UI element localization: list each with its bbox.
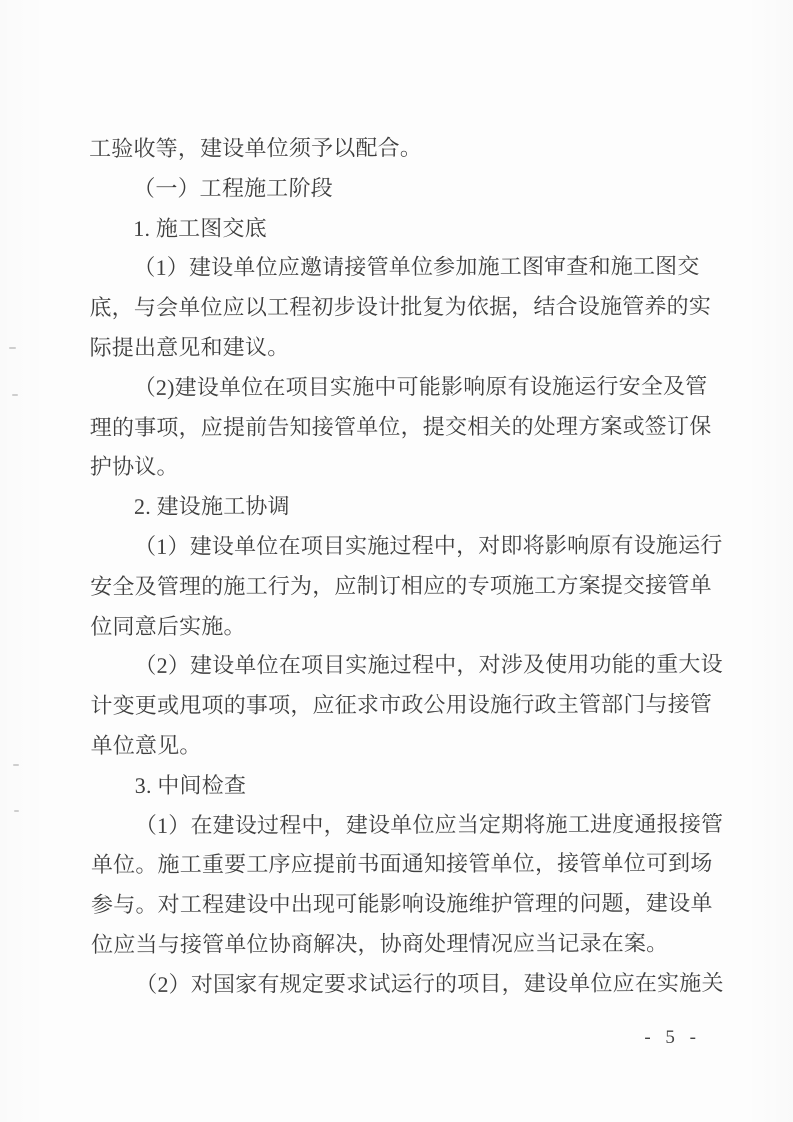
subheading-line: 3. 中间检查 <box>91 764 711 805</box>
body-line: 单位。施工重要工序应提前书面通知接管单位，接管单位可到场 <box>91 844 711 885</box>
body-line: （1）在建设过程中，建设单位应当定期将施工进度通报接管 <box>91 804 711 845</box>
body-line: 参与。对工程建设中出现可能影响设施维护管理的问题，建设单 <box>91 884 711 925</box>
body-line: 理的事项，应提前告知接管单位，提交相关的处理方案或签订保 <box>90 406 710 447</box>
body-line: 工验收等，建设单位须予以配合。 <box>89 127 709 168</box>
scan-speck <box>13 764 19 766</box>
body-line: 安全及管理的施工行为，应制订相应的专项施工方案提交接管单 <box>90 565 710 606</box>
heading-line: （一）工程施工阶段 <box>89 167 710 208</box>
subheading-line: 2. 建设施工协调 <box>90 486 710 527</box>
page-number: - 5 - <box>644 1027 701 1049</box>
scanned-document-page: 工验收等，建设单位须予以配合。（一）工程施工阶段1. 施工图交底（1）建设单位应… <box>0 0 793 1122</box>
body-line: 护协议。 <box>90 446 710 487</box>
body-line: （1）建设单位应邀请接管单位参加施工图审查和施工图交 <box>89 247 709 288</box>
body-line: 计变更或甩项的事项，应征求市政公用设施行政主管部门与接管 <box>90 685 710 726</box>
body-line: （1）建设单位在项目实施过程中，对即将影响原有设施运行 <box>90 525 710 566</box>
body-line: 位应当与接管单位协商解决，协商处理情况应当记录在案。 <box>91 923 711 964</box>
subheading-line: 1. 施工图交底 <box>89 207 709 248</box>
body-line: 际提出意见和建议。 <box>90 326 710 367</box>
body-line: （2）对国家有规定要求试运行的项目，建设单位应在实施关 <box>91 963 711 1004</box>
body-line: 位同意后实施。 <box>90 605 710 646</box>
body-line: 单位意见。 <box>91 724 711 765</box>
document-text-block: 工验收等，建设单位须予以配合。（一）工程施工阶段1. 施工图交底（1）建设单位应… <box>89 127 711 1004</box>
scan-speck <box>9 347 16 349</box>
body-line: 底，与会单位应以工程初步设计批复为依据，结合设施管养的实 <box>89 287 709 328</box>
scan-speck <box>14 810 19 812</box>
body-line: （2)建设单位在项目实施中可能影响原有设施运行安全及管 <box>90 366 710 407</box>
body-line: （2）建设单位在项目实施过程中，对涉及使用功能的重大设 <box>90 645 710 686</box>
scan-speck <box>12 394 18 396</box>
